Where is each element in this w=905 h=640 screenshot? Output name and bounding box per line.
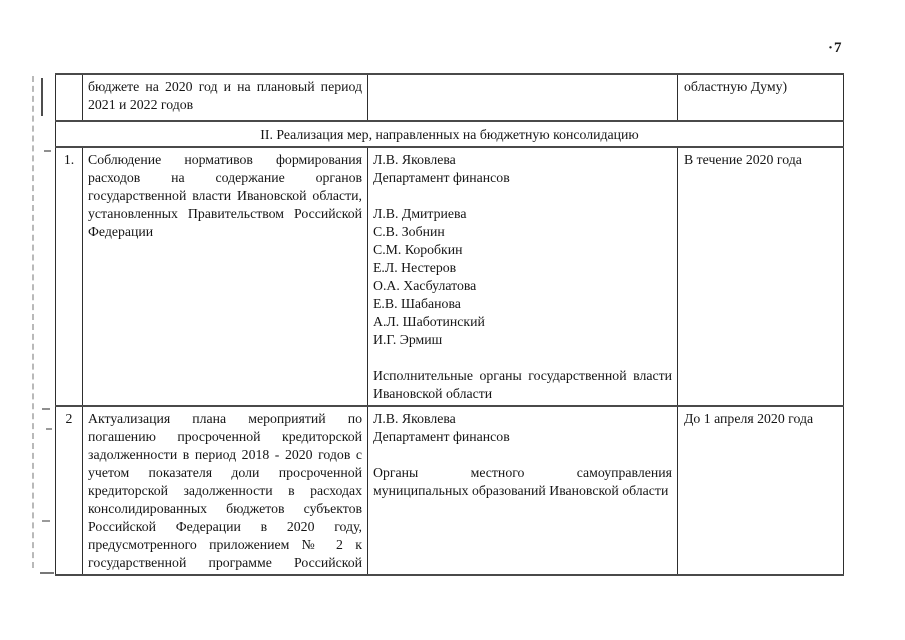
responsible-person: Л.В. Яковлева <box>373 151 672 169</box>
cell-number-empty <box>56 74 83 121</box>
scan-artifact <box>41 78 43 116</box>
responsible-person: И.Г. Эрмиш <box>373 331 672 349</box>
blank-line <box>373 446 672 464</box>
page-number: ·7 <box>828 40 843 57</box>
table-row-section-header: II. Реализация мер, направленных на бюдж… <box>56 121 844 147</box>
responsible-person: А.Л. Шаботинский <box>373 313 672 331</box>
scan-artifact <box>40 572 54 574</box>
cell-measure-continuation: бюджете на 2020 год и на плановый период… <box>83 74 368 121</box>
cell-responsible: Л.В. Яковлева Департамент финансов Л.В. … <box>368 147 678 406</box>
responsible-person: С.В. Зобнин <box>373 223 672 241</box>
blank-line <box>373 349 672 367</box>
section-header-title: II. Реализация мер, направленных на бюдж… <box>56 121 844 147</box>
cell-deadline: До 1 апреля 2020 года <box>678 406 844 575</box>
cell-deadline: В течение 2020 года <box>678 147 844 406</box>
cell-measure: Соблюдение нормативов формирования расхо… <box>83 147 368 406</box>
table-row-item-2: 2 Актуализация плана мероприятий по пога… <box>56 406 844 575</box>
cell-responsible-empty <box>368 74 678 121</box>
scan-artifact <box>42 520 50 522</box>
responsible-organization: Исполнительные органы государственной вл… <box>373 367 672 403</box>
responsible-person: Е.Л. Нестеров <box>373 259 672 277</box>
measures-table: бюджете на 2020 год и на плановый период… <box>55 73 844 576</box>
cell-responsible: Л.В. Яковлева Департамент финансов Орган… <box>368 406 678 575</box>
responsible-department: Департамент финансов <box>373 428 672 446</box>
responsible-person: Л.В. Яковлева <box>373 410 672 428</box>
responsible-department: Департамент финансов <box>373 169 672 187</box>
scan-artifact <box>42 408 50 410</box>
cell-deadline-continuation: областную Думу) <box>678 74 844 121</box>
table-row-continuation: бюджете на 2020 год и на плановый период… <box>56 74 844 121</box>
responsible-person: О.А. Хасбулатова <box>373 277 672 295</box>
scan-artifact <box>32 76 34 568</box>
cell-number: 2 <box>56 406 83 575</box>
cell-number: 1. <box>56 147 83 406</box>
blank-line <box>373 187 672 205</box>
document-page: ·7 бюджете на 2020 год и на плановый пер… <box>0 0 905 640</box>
scan-artifact <box>44 150 51 152</box>
responsible-person: Е.В. Шабанова <box>373 295 672 313</box>
scan-artifact <box>46 428 52 430</box>
cell-measure: Актуализация плана мероприятий по погаше… <box>83 406 368 575</box>
responsible-person: С.М. Коробкин <box>373 241 672 259</box>
responsible-organization: Органы местного самоуправления муниципал… <box>373 464 672 500</box>
responsible-person: Л.В. Дмитриева <box>373 205 672 223</box>
table-row-item-1: 1. Соблюдение нормативов формирования ра… <box>56 147 844 406</box>
